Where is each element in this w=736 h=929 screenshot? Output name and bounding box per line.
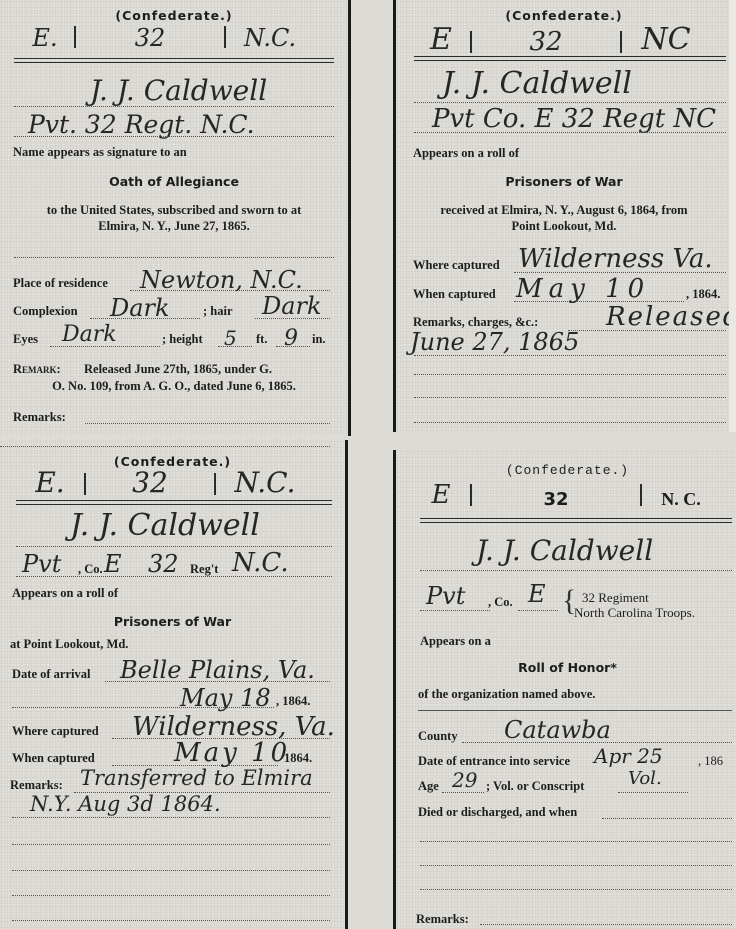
header-rule bbox=[16, 500, 332, 505]
card-intro: Appears on a bbox=[420, 634, 491, 649]
ft-label: ft. bbox=[256, 332, 267, 347]
soldier-name: J. J. Caldwell bbox=[442, 66, 632, 101]
co-value: E bbox=[104, 550, 122, 578]
card-desc-line-1: to the United States, subscribed and swo… bbox=[0, 203, 348, 218]
vol-label: ; Vol. or Conscript bbox=[486, 779, 584, 794]
blank-line bbox=[414, 374, 726, 375]
header-company: E. bbox=[20, 466, 80, 499]
card-heading: (Confederate.) bbox=[396, 463, 736, 478]
card-prisoners-of-war-elmira: (Confederate.) E 32 NC J. J. Caldwell Pv… bbox=[393, 0, 732, 432]
entrance-year: , 186 bbox=[698, 754, 723, 769]
header-separator bbox=[224, 26, 226, 48]
age-label: Age bbox=[418, 779, 439, 794]
height-label: ; height bbox=[162, 332, 203, 347]
rank-dotted-line bbox=[420, 610, 490, 611]
remarks-label: Remarks: bbox=[10, 778, 63, 793]
age-value: 29 bbox=[452, 768, 477, 792]
soldier-name: J. J. Caldwell bbox=[70, 508, 260, 543]
section-divider bbox=[14, 257, 334, 258]
rank-dotted-line bbox=[14, 136, 334, 137]
regiment-value: 32 bbox=[148, 550, 179, 578]
co-label: , Co. bbox=[78, 562, 103, 577]
header-rule bbox=[420, 518, 732, 523]
card-oath-of-allegiance: (Confederate.) E. 32 N.C. J. J. Caldwell… bbox=[0, 0, 351, 436]
card-title: Prisoners of War bbox=[0, 614, 345, 629]
header-state: N.C. bbox=[220, 466, 310, 499]
header-separator bbox=[620, 31, 622, 53]
arrival-date: May 18 bbox=[180, 684, 271, 712]
eyes-value: Dark bbox=[62, 322, 117, 347]
name-line bbox=[414, 102, 726, 103]
when-captured-year: , 1864. bbox=[686, 287, 720, 302]
header-separator bbox=[470, 484, 472, 506]
card-title: Oath of Allegiance bbox=[0, 174, 348, 189]
blank-line bbox=[12, 895, 330, 896]
blank-line bbox=[12, 844, 330, 845]
where-captured-value: Wilderness Va. bbox=[518, 244, 713, 274]
header-separator bbox=[470, 31, 472, 53]
card-header-row: E 32 N. C. bbox=[416, 480, 736, 510]
rank-line: Pvt Co. E 32 Regt NC bbox=[432, 104, 716, 134]
where-captured-label: Where captured bbox=[12, 724, 99, 739]
entrance-value: Apr 25 bbox=[594, 744, 663, 768]
remarks-value-1: Released bbox=[606, 302, 732, 332]
remarks-line bbox=[85, 423, 330, 424]
age-line bbox=[442, 792, 484, 793]
header-state: NC bbox=[626, 22, 706, 57]
card-intro: Name appears as signature to an bbox=[13, 145, 187, 160]
regiment-line-1: 32 Regiment bbox=[582, 590, 649, 606]
header-rule bbox=[14, 58, 334, 63]
card-roll-of-honor: (Confederate.) E 32 N. C. J. J. Caldwell… bbox=[393, 450, 736, 929]
eyes-label: Eyes bbox=[13, 332, 38, 347]
name-line bbox=[16, 546, 332, 547]
hair-value: Dark bbox=[262, 292, 322, 320]
remarks-line bbox=[12, 817, 330, 818]
header-regiment: 32 bbox=[476, 27, 616, 57]
entrance-label: Date of entrance into service bbox=[418, 754, 570, 769]
co-dotted-line bbox=[518, 610, 558, 611]
blank-line bbox=[414, 422, 726, 423]
header-separator bbox=[84, 473, 86, 495]
header-state: N.C. bbox=[230, 24, 310, 52]
blank-line bbox=[12, 920, 330, 921]
top-edge-line bbox=[0, 446, 330, 447]
card-heading: (Confederate.) bbox=[0, 8, 348, 23]
vol-line bbox=[618, 792, 688, 793]
name-line bbox=[14, 106, 334, 107]
blank-line bbox=[414, 397, 726, 398]
blank-line bbox=[12, 870, 330, 871]
header-regiment: 32 bbox=[90, 466, 210, 499]
residence-label: Place of residence bbox=[13, 276, 108, 291]
in-label: in. bbox=[312, 332, 326, 347]
remarks-label: Remarks: bbox=[416, 912, 469, 927]
card-header-row: E. 32 N.C. bbox=[20, 466, 330, 499]
header-regiment: 32 bbox=[80, 24, 220, 52]
height-ft-value: 5 bbox=[224, 326, 237, 350]
remarks-value-1: Transferred to Elmira bbox=[80, 766, 313, 790]
card-desc-line-1: received at Elmira, N. Y., August 6, 186… bbox=[396, 203, 732, 218]
card-intro: Appears on a roll of bbox=[413, 146, 519, 161]
county-label: County bbox=[418, 729, 458, 744]
where-captured-label: Where captured bbox=[413, 258, 500, 273]
residence-value: Newton, N.C. bbox=[140, 266, 303, 294]
height-in-value: 9 bbox=[284, 326, 298, 351]
arrival-place: Belle Plains, Va. bbox=[120, 656, 315, 684]
remark-label: Remark: bbox=[13, 362, 61, 377]
card-title: Roll of Honor* bbox=[396, 660, 736, 675]
soldier-name: J. J. Caldwell bbox=[90, 74, 267, 107]
rank-dotted-line bbox=[16, 576, 332, 577]
remark-line-1: Released June 27th, 1865, under G. bbox=[84, 362, 272, 377]
card-prisoners-of-war-point-lookout: (Confederate.) E. 32 N.C. J. J. Caldwell… bbox=[0, 440, 348, 929]
card-header-row: E 32 NC bbox=[416, 22, 726, 57]
blank-line bbox=[420, 889, 732, 890]
remarks-value-2: N.Y. Aug 3d 1864. bbox=[30, 792, 221, 816]
header-separator bbox=[74, 26, 76, 48]
remarks-value-2: June 27, 1865 bbox=[410, 328, 579, 356]
complexion-value: Dark bbox=[110, 294, 170, 322]
header-company: E. bbox=[20, 24, 70, 52]
header-separator bbox=[214, 473, 216, 495]
card-header-row: E. 32 N.C. bbox=[20, 24, 330, 52]
state-value: N.C. bbox=[232, 548, 289, 578]
died-label: Died or discharged, and when bbox=[418, 805, 577, 820]
arrival-year: , 1864. bbox=[276, 694, 310, 709]
card-desc-line-2: Elmira, N. Y., June 27, 1865. bbox=[0, 219, 348, 234]
name-line bbox=[420, 570, 732, 571]
card-edge bbox=[729, 0, 736, 432]
soldier-name: J. J. Caldwell bbox=[476, 534, 653, 567]
remarks-line bbox=[480, 924, 732, 925]
header-separator bbox=[640, 484, 642, 506]
when-captured-label: When captured bbox=[413, 287, 496, 302]
header-rule bbox=[414, 56, 726, 61]
header-state: N. C. bbox=[646, 489, 716, 510]
header-company: E bbox=[416, 480, 466, 510]
remarks-label: Remarks: bbox=[13, 410, 66, 425]
co-value: E bbox=[528, 580, 546, 608]
when-captured-year: 1864. bbox=[284, 751, 312, 766]
county-value: Catawba bbox=[504, 716, 611, 744]
card-desc-line-1: of the organization named above. bbox=[418, 687, 595, 702]
arrival-label: Date of arrival bbox=[12, 667, 90, 682]
card-desc-line-2: Point Lookout, Md. bbox=[396, 219, 732, 234]
when-captured-label: When captured bbox=[12, 751, 95, 766]
complexion-label: Complexion bbox=[13, 304, 78, 319]
died-line bbox=[602, 818, 732, 819]
section-divider bbox=[418, 710, 732, 711]
rank-value: Pvt bbox=[426, 582, 465, 610]
co-label: , Co. bbox=[488, 595, 513, 610]
rank-value: Pvt bbox=[22, 550, 61, 578]
vol-value: Vol. bbox=[628, 768, 662, 789]
blank-line bbox=[420, 865, 732, 866]
header-regiment: 32 bbox=[476, 489, 636, 510]
when-captured-value: May 10 bbox=[174, 738, 290, 768]
header-company: E bbox=[416, 22, 466, 57]
card-heading: (Confederate.) bbox=[396, 8, 732, 23]
regt-label: Reg't bbox=[190, 562, 218, 577]
rank-line: Pvt. 32 Regt. N.C. bbox=[28, 110, 255, 139]
blank-line bbox=[420, 841, 732, 842]
card-desc-line-1: at Point Lookout, Md. bbox=[10, 637, 128, 652]
when-captured-value: May 10 bbox=[516, 274, 650, 304]
card-title: Prisoners of War bbox=[396, 174, 732, 189]
rank-dotted-line bbox=[414, 132, 726, 133]
hair-label: ; hair bbox=[203, 304, 233, 319]
regiment-line-2: North Carolina Troops. bbox=[574, 605, 695, 621]
card-intro: Appears on a roll of bbox=[12, 586, 118, 601]
remark-line-2: O. No. 109, from A. G. O., dated June 6,… bbox=[0, 379, 348, 394]
